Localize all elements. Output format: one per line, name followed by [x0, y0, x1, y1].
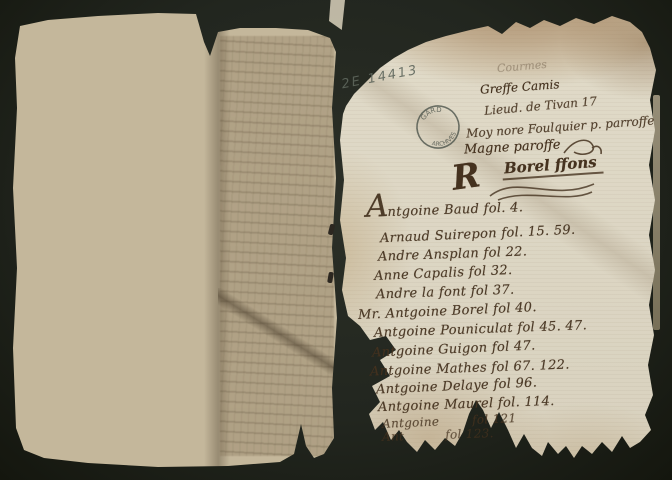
signature-paraph: R: [450, 158, 483, 196]
left-parchment-cover: [8, 8, 342, 472]
binding-stitch: [328, 224, 336, 236]
parchment-crease: [218, 288, 338, 378]
manuscript-scan: 2E 14413 GARD ARCHIVES Courmes Greffe Ca…: [0, 0, 672, 480]
index-entry-torn: Ant fol 123.: [382, 426, 494, 444]
underlying-page-sliver: [329, 0, 345, 30]
faded-ghost-script-column: [220, 36, 334, 456]
